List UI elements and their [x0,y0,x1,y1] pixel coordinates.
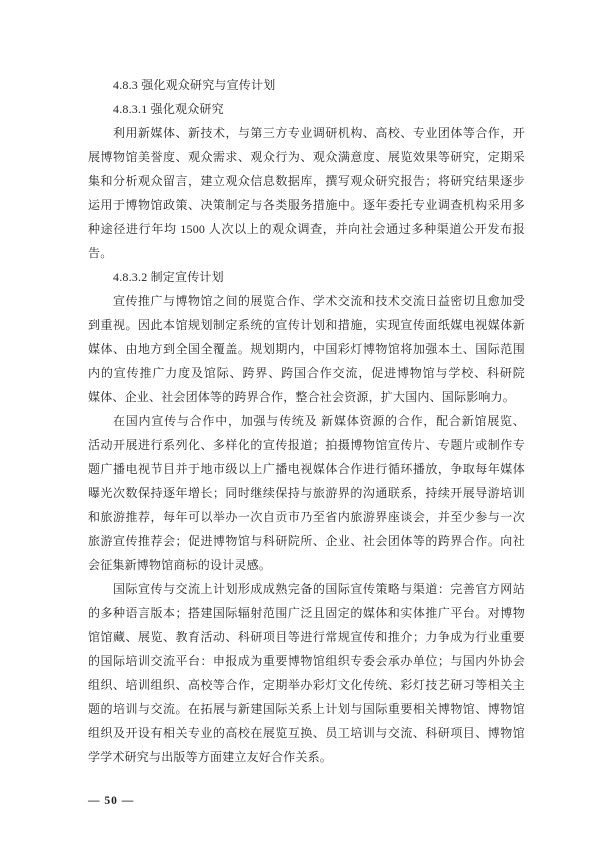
text-line: 到重视。因此本馆规划制定系统的宣传计划和措施，实现宣传面纸媒电视媒体新 [88,313,525,337]
text-line: 会征集新博物馆商标的设计灵感。 [88,553,525,577]
text-line: 馆馆藏、展览、教育活动、科研项目等进行常规宣传和推介；力争成为行业重要 [88,625,525,649]
text-line: 告。 [88,241,525,265]
text-line: 学学术研究与出版等方面建立友好合作关系。 [88,745,525,769]
text-line: 活动开展进行系列化、多样化的宣传报道；拍摄博物馆宣传片、专题片或制作专 [88,433,525,457]
page-number: — 50 — [88,795,134,807]
text-line: 组织、培训组织、高校等合作，定期举办彩灯文化传统、彩灯技艺研习等相关主 [88,673,525,697]
text-line: 和旅游推荐，每年可以举办一次自贡市乃至省内旅游界座谈会，并至少参与一次 [88,505,525,529]
text-line: 的国际培训交流平台：申报成为重要博物馆组织专委会承办单位；与国内外协会 [88,649,525,673]
text-line: 组织及开设有相关专业的高校在展览互换、员工培训与交流、科研项目、博物馆 [88,721,525,745]
text-line: 旅游宣传推荐会；促进博物馆与科研院所、企业、社会团体等的跨界合作。向社 [88,529,525,553]
text-line: 媒体、企业、社会团体等的跨界合作，整合社会资源，扩大国内、国际影响力。 [88,385,525,409]
text-line: 题广播电视节目并于地市级以上广播电视媒体合作进行循环播放，争取每年媒体 [88,457,525,481]
section-heading: 4.8.3 强化观众研究与宣传计划 [88,73,525,97]
text-line: 运用于博物馆政策、决策制定与各类服务措施中。逐年委托专业调查机构采用多 [88,193,525,217]
text-line: 媒体、由地方到全国全覆盖。规划期内，中国彩灯博物馆将加强本土、国际范围 [88,337,525,361]
text-line: 题的培训与交流。在拓展与新建国际关系上计划与国际重要相关博物馆、博物馆 [88,697,525,721]
text-line: 国际宣传与交流上计划形成成熟完备的国际宣传策略与渠道：完善官方网站 [88,577,525,601]
text-line: 内的宣传推广力度及馆际、跨界、跨国合作交流，促进博物馆与学校、科研院所、 [88,361,525,385]
text-line: 集和分析观众留言，建立观众信息数据库，撰写观众研究报告；将研究结果逐步 [88,169,525,193]
text-line: 展博物馆美誉度、观众需求、观众行为、观众满意度、展览效果等研究，定期采 [88,145,525,169]
text-line: 利用新媒体、新技术，与第三方专业调研机构、高校、专业团体等合作，开 [88,121,525,145]
document-page: 4.8.3 强化观众研究与宣传计划4.8.3.1 强化观众研究利用新媒体、新技术… [0,0,609,860]
text-line: 种途径进行年均 1500 人次以上的观众调查，并向社会通过多种渠道公开发布报 [88,217,525,241]
text-line: 在国内宣传与合作中，加强与传统及 新媒体资源的合作，配合新馆展览、 [88,409,525,433]
section-heading: 4.8.3.1 强化观众研究 [88,97,525,121]
text-line: 的多种语言版本；搭建国际辐射范围广泛且固定的媒体和实体推广平台。对博物 [88,601,525,625]
document-text-block: 4.8.3 强化观众研究与宣传计划4.8.3.1 强化观众研究利用新媒体、新技术… [88,73,525,769]
section-heading: 4.8.3.2 制定宣传计划 [88,265,525,289]
text-line: 曝光次数保持逐年增长；同时继续保持与旅游界的沟通联系，持续开展导游培训 [88,481,525,505]
text-line: 宣传推广与博物馆之间的展览合作、学术交流和技术交流日益密切且愈加受 [88,289,525,313]
